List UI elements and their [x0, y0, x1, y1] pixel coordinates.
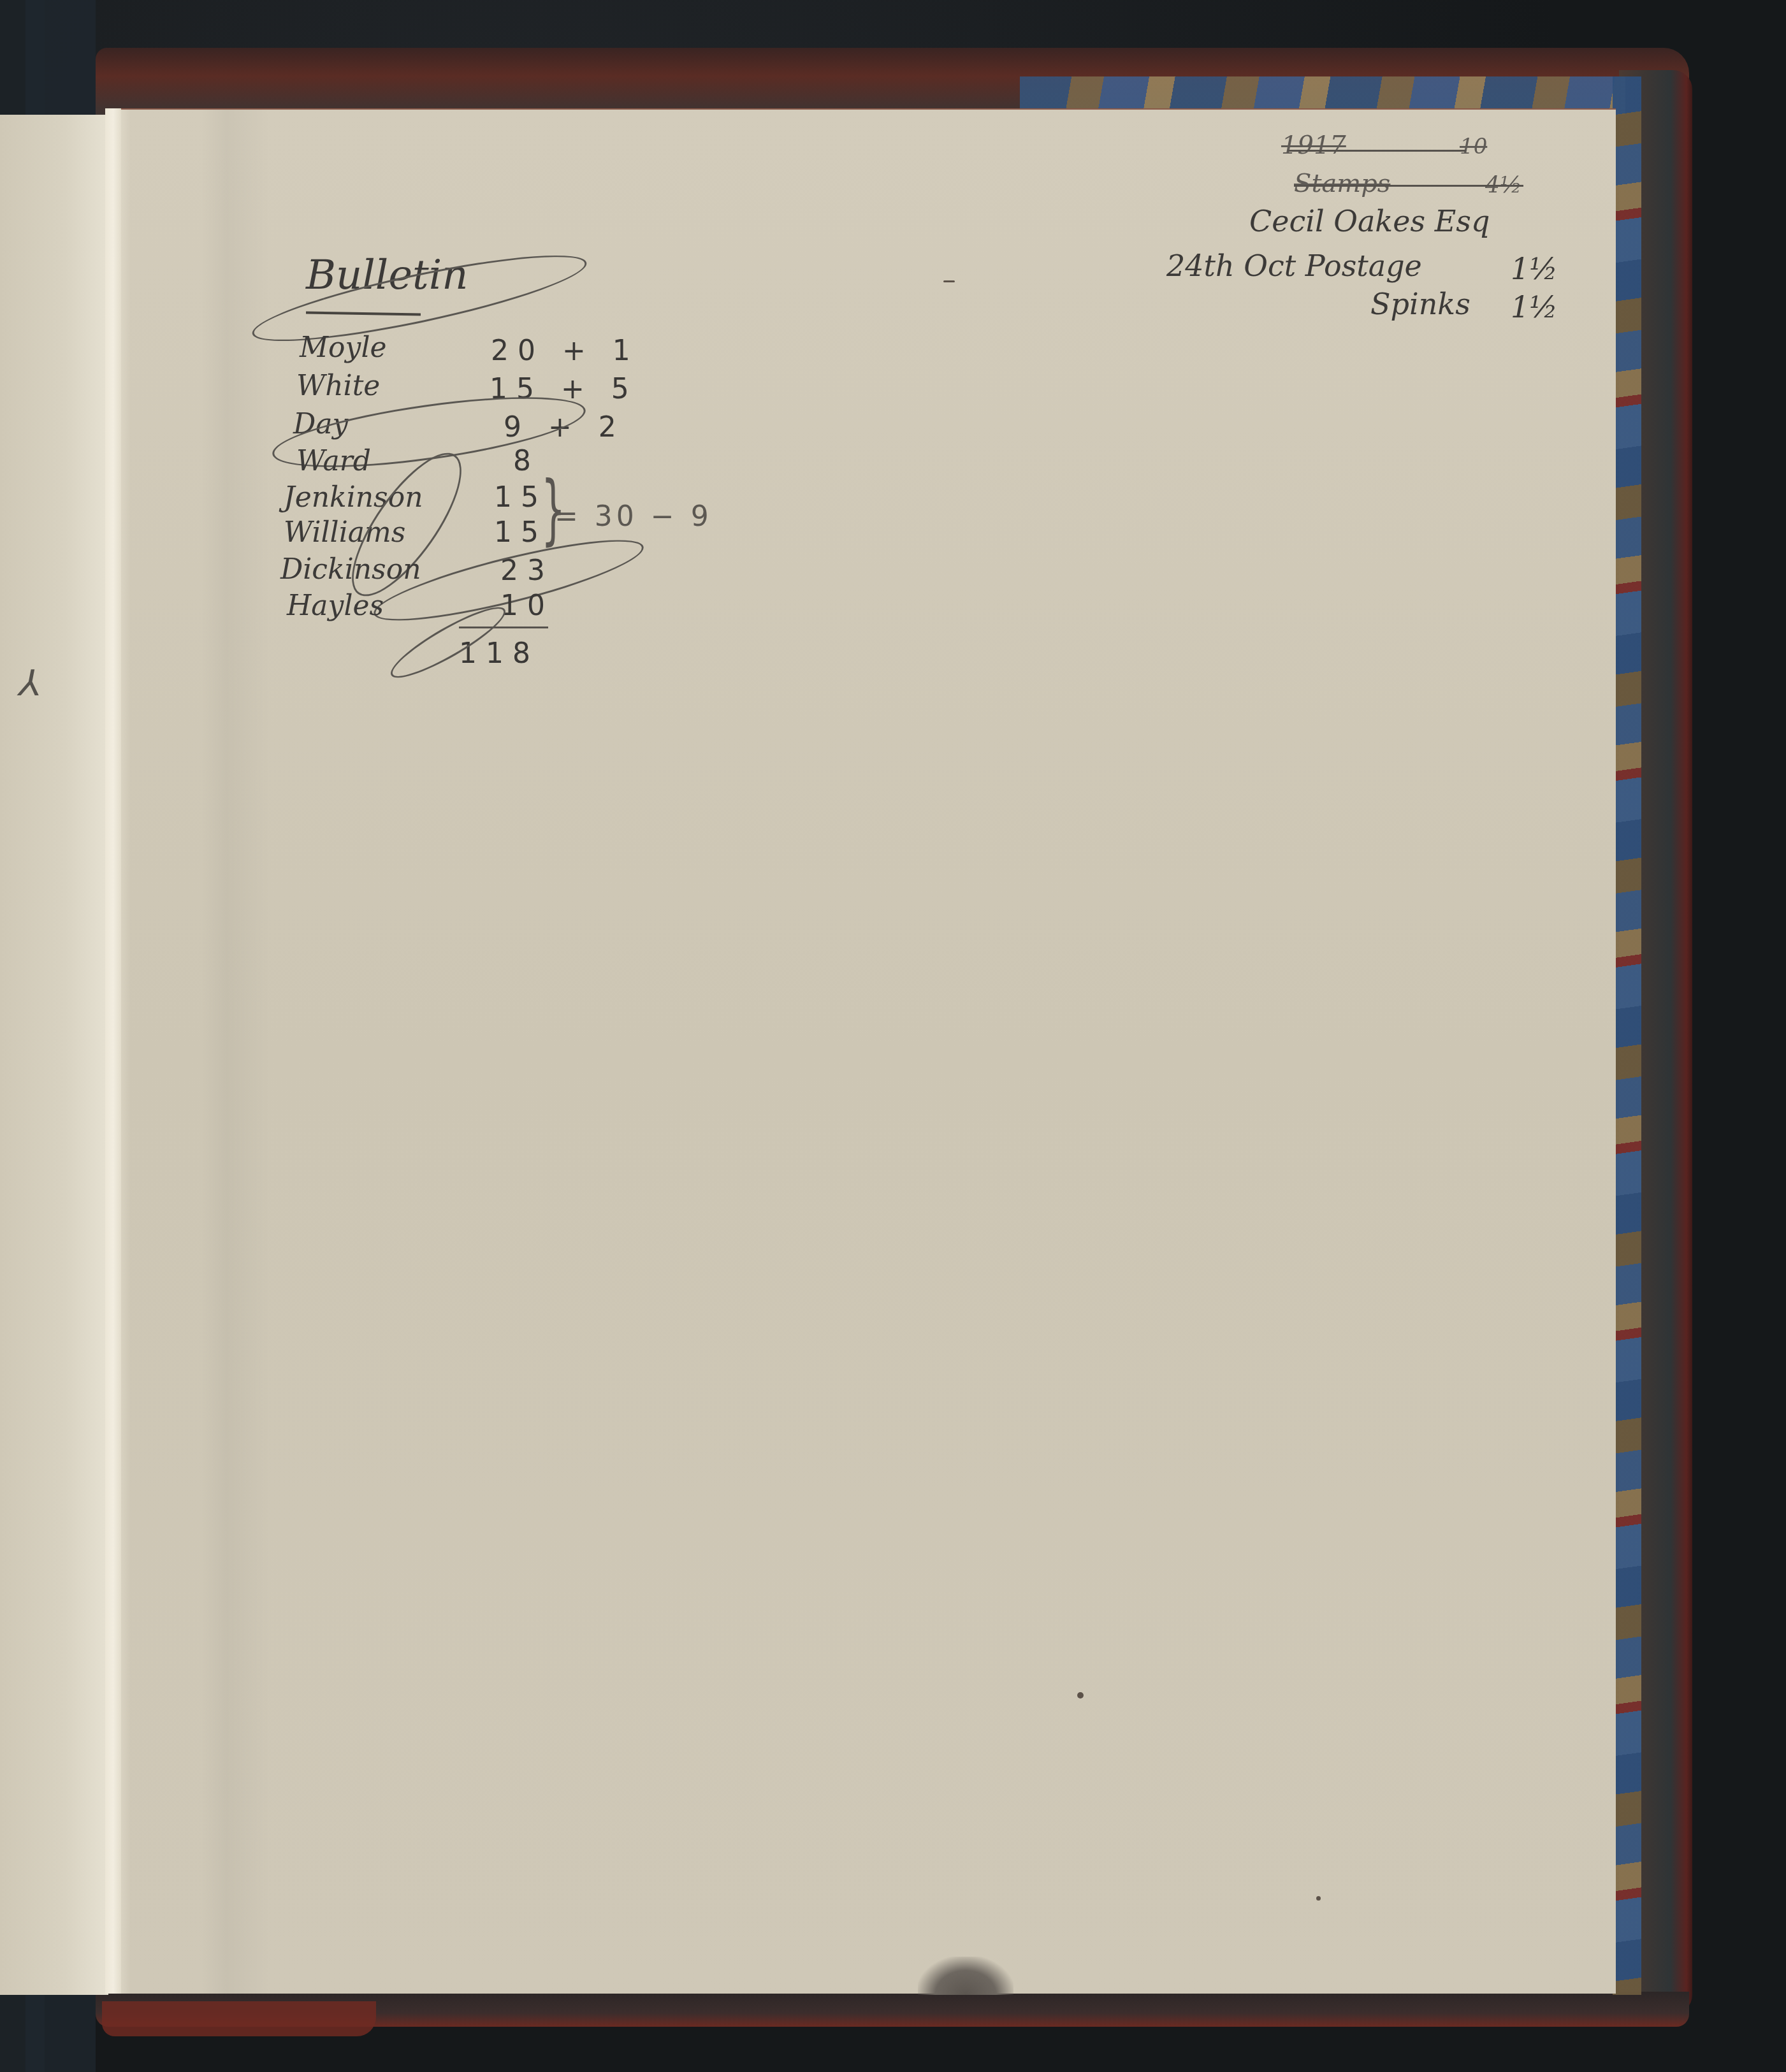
bottom-stain	[918, 1957, 1013, 1995]
annotation-recipient: Cecil Oakes Esq	[1249, 204, 1490, 238]
annotation-year-amount: 10	[1460, 134, 1487, 159]
tally-value: 8	[513, 445, 540, 477]
tally-value: 10	[500, 590, 554, 622]
flyleaf-pencil-mark: ⅄	[19, 663, 41, 704]
tally-name: Dickinson	[280, 553, 421, 586]
annotation-year: 1917	[1281, 131, 1346, 160]
tally-name: Hayles	[287, 590, 384, 622]
gutter-fold	[105, 108, 121, 1994]
cover-bottom-leather	[102, 2001, 376, 2036]
paper-mark	[943, 280, 955, 282]
tally-value: 15	[494, 516, 548, 549]
left-flyleaf	[0, 115, 108, 1995]
tally-value: 15	[494, 481, 548, 514]
annotation-stamps: Stamps	[1294, 169, 1390, 198]
tally-name: Ward	[296, 445, 371, 477]
tally-name: White	[296, 370, 380, 402]
annotation-spinks-amount: 1½	[1511, 290, 1558, 324]
annotation-postage-amount: 1½	[1511, 252, 1558, 286]
tally-name: Moyle	[300, 331, 387, 364]
marbled-endpaper-right	[1613, 76, 1641, 1995]
bracket-note: = 30 − 9	[555, 500, 713, 533]
paper-speck	[1316, 1896, 1321, 1901]
strike-line	[1288, 150, 1466, 152]
annotation-postage: 24th Oct Postage	[1166, 249, 1422, 283]
paper-speck	[1077, 1692, 1084, 1699]
annotation-spinks: Spinks	[1370, 287, 1470, 321]
strike-line	[1294, 185, 1523, 187]
tally-value: 20 + 1	[491, 335, 639, 367]
